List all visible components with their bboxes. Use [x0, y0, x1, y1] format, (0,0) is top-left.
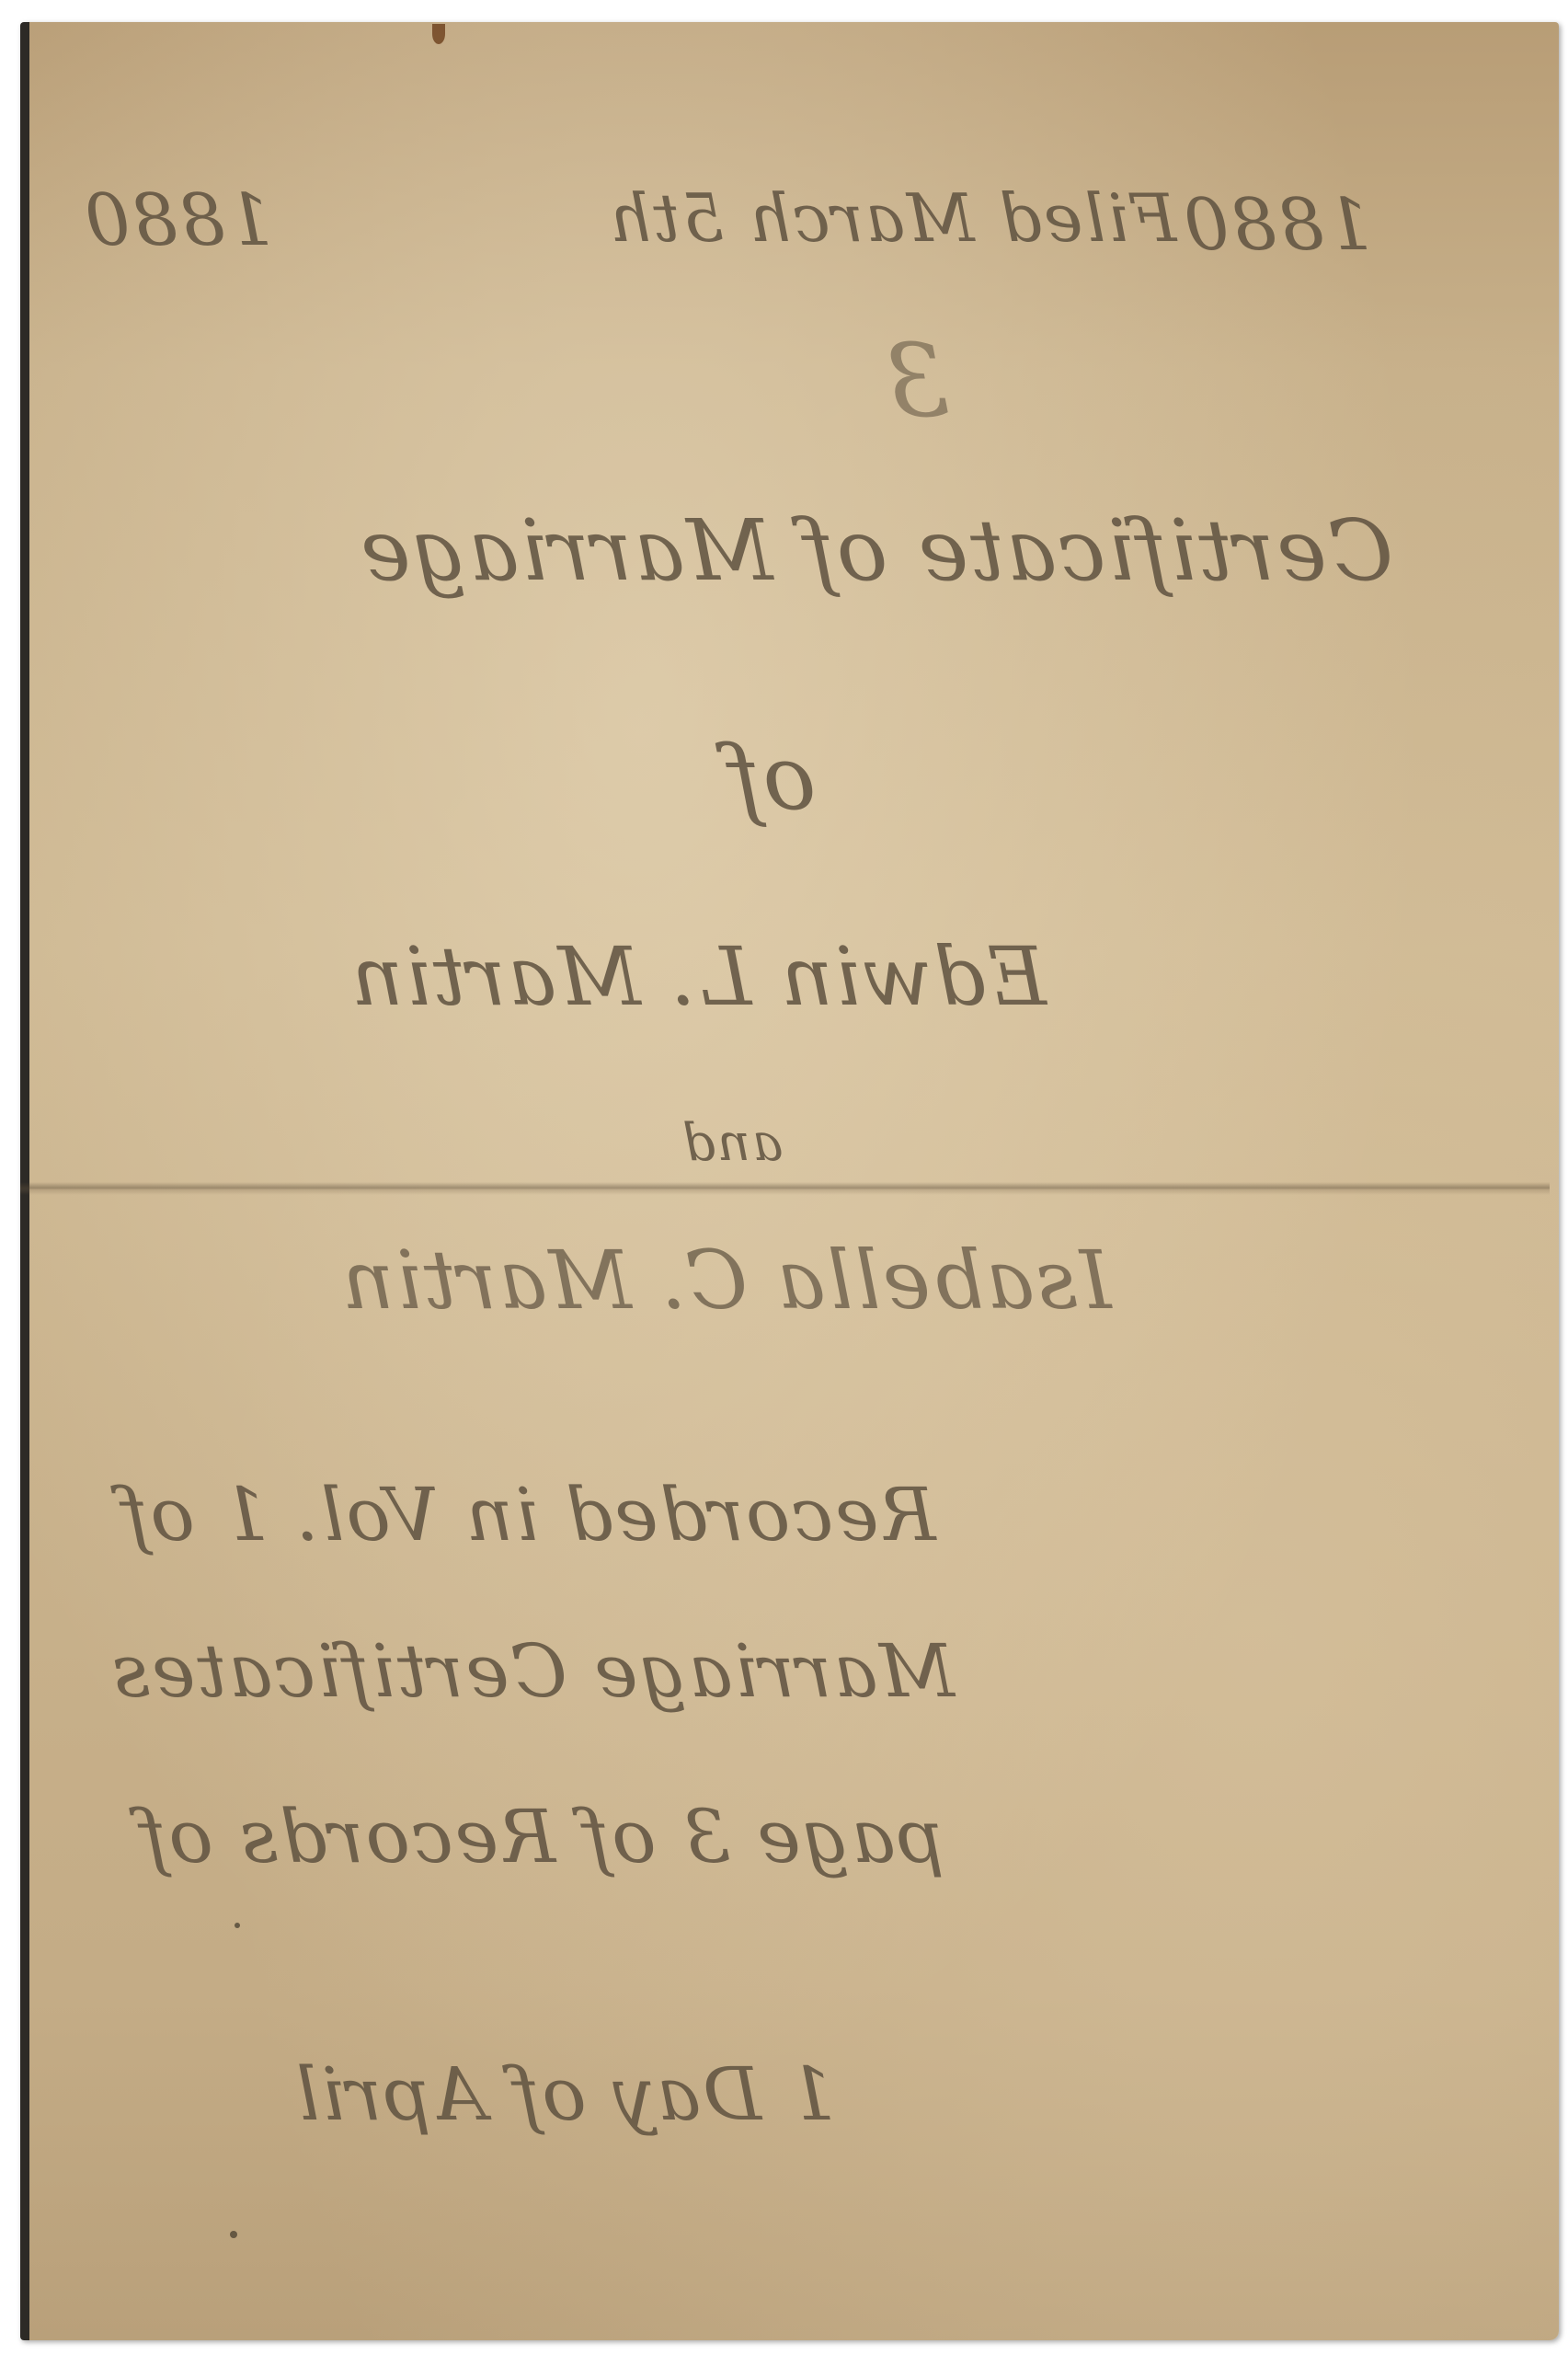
number-mark: 3 — [883, 322, 949, 440]
ink-dot — [235, 1923, 240, 1928]
paper-fold-crease — [20, 1182, 1550, 1195]
conjunction-and: and — [681, 1113, 783, 1173]
rust-stain — [432, 24, 445, 44]
header-filed-date: Filed March 5th — [607, 179, 1176, 257]
document-title: Certificate of Marriage — [359, 501, 1393, 600]
body-line-1: Recorded in Vol. 1 of — [120, 1472, 936, 1557]
groom-name: Edwin L. Martin — [349, 929, 1047, 1024]
body-line-4: 1 Day of April — [294, 2051, 835, 2137]
header-year-right: 1880 — [1182, 184, 1372, 267]
bride-name: Isabella C. Martin — [340, 1233, 1111, 1327]
body-line-2: Marriage Certificates — [110, 1628, 955, 1714]
title-of: of — [727, 727, 816, 830]
header-year-left: 1880 — [83, 179, 273, 262]
body-line-3: page 3 of Records of — [138, 1794, 944, 1879]
document-page — [20, 22, 1559, 2340]
ink-dot — [230, 2231, 237, 2238]
